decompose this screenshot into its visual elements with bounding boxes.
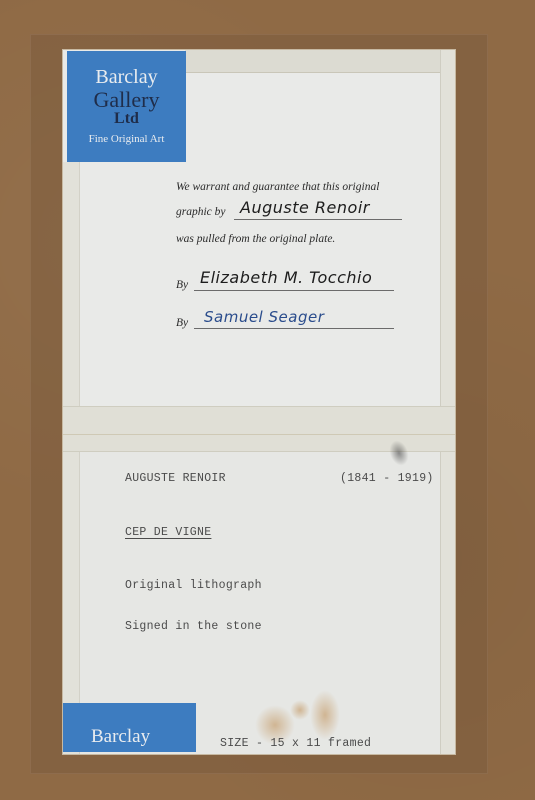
artist-name: AUGUSTE RENOIR (125, 472, 226, 485)
gallery-logo: Barclay Gallery Ltd Fine Original Art (67, 51, 186, 162)
signature-note: Signed in the stone (125, 620, 262, 633)
fold-line (63, 434, 455, 435)
footer-logo: Barclay (63, 703, 196, 752)
signature-underline (234, 219, 402, 220)
water-stain (310, 690, 340, 740)
signature-line-1 (194, 290, 394, 291)
footer-logo-name: Barclay (91, 727, 150, 747)
logo-name-barclay: Barclay (67, 67, 186, 87)
logo-name-gallery: Gallery (67, 89, 186, 111)
certificate-line-1: We warrant and guarantee that this origi… (176, 181, 379, 193)
logo-name-ltd: Ltd (67, 111, 186, 127)
artwork-size: SIZE - 15 x 11 framed (220, 737, 371, 750)
tape-strip-left (63, 162, 80, 754)
artist-handwritten-name: Auguste Renoir (240, 198, 370, 217)
tape-strip-right (440, 50, 455, 754)
logo-tagline: Fine Original Art (67, 133, 186, 145)
certificate-line-2-prefix: graphic by (176, 206, 226, 218)
certificate-line-3: was pulled from the original plate. (176, 233, 335, 245)
signature-line-2 (194, 328, 394, 329)
artwork-title: CEP DE VIGNE (125, 526, 211, 539)
signature-2: Samuel Seager (204, 308, 324, 326)
by-label-2: By (176, 317, 188, 329)
artist-dates: (1841 - 1919) (340, 472, 434, 485)
by-label-1: By (176, 279, 188, 291)
tape-strip-top (185, 50, 455, 73)
artwork-medium: Original lithograph (125, 579, 262, 592)
signature-1: Elizabeth M. Tocchio (200, 268, 372, 287)
water-stain (290, 700, 310, 720)
